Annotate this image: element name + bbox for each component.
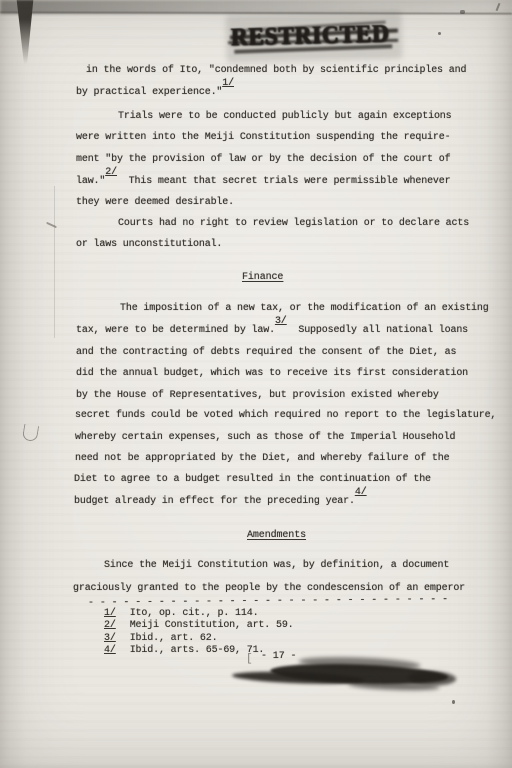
restricted-stamp: RESTRICTED (227, 13, 400, 61)
footnote-line: 1/Ito, op. cit., p. 114. (104, 608, 258, 620)
footnote-marker: 4/ (104, 645, 116, 656)
body-line: were written into the Meiji Constitution… (76, 131, 450, 144)
footnote-ref: 1/ (222, 78, 234, 89)
body-line: by practical experience."1/ (76, 86, 234, 99)
body-text: or laws unconstitutional. (76, 239, 222, 250)
footnote-marker: 3/ (104, 633, 116, 644)
footnote-line: 2/Meiji Constitution, art. 59. (104, 620, 294, 632)
footnote-text: Ito, op. cit., p. 114. (130, 608, 259, 619)
body-line: ment "by the provision of law or by the … (76, 153, 450, 166)
body-line: need not be appropriated by the Diet, an… (75, 452, 449, 465)
section-heading-finance: Finance (242, 271, 283, 284)
body-text: and the contracting of debts required th… (76, 347, 456, 358)
footnote-separator: - - - - - - - - - - - - - - - - - - - - … (88, 594, 448, 608)
body-line: secret funds could be voted which requir… (75, 409, 496, 422)
body-text: Diet to agree to a budget resulted in th… (74, 474, 431, 485)
body-text: tax, were to be determined by law. (76, 325, 275, 336)
body-line: The imposition of a new tax, or the modi… (120, 302, 489, 315)
body-text: in the words of Ito, "condemned both by … (86, 65, 466, 76)
body-line: Trials were to be conducted publicly but… (118, 110, 452, 123)
body-text: budget already in effect for the precedi… (74, 496, 355, 507)
body-line: Courts had no right to review legislatio… (118, 217, 469, 230)
body-text: Since the Meiji Constitution was, by def… (104, 560, 449, 571)
footnote-ref: 3/ (275, 316, 287, 327)
footnote-ref: 2/ (105, 167, 117, 178)
body-text: Supposedly all national loans (287, 325, 468, 336)
footnote-ref: 4/ (355, 487, 367, 498)
body-line: budget already in effect for the precedi… (74, 495, 367, 508)
body-text: by practical experience." (76, 87, 222, 98)
body-line: Since the Meiji Constitution was, by def… (104, 559, 449, 572)
footnote-text: Ibid., art. 62. (130, 633, 218, 644)
body-line: they were deemed desirable. (76, 196, 234, 209)
body-text: graciously granted to the people by the … (73, 583, 465, 594)
body-text: by the House of Representatives, but pro… (76, 390, 439, 401)
body-line: by the House of Representatives, but pro… (76, 389, 439, 402)
obliterated-stamp (229, 652, 459, 708)
section-heading-amendments: Amendments (247, 529, 306, 542)
scan-artifact-fold-line (54, 186, 55, 338)
footnote-line: 3/Ibid., art. 62. (104, 633, 217, 645)
body-text: were written into the Meiji Constitution… (76, 132, 450, 143)
body-line: and the contracting of debts required th… (76, 346, 456, 359)
body-text: The imposition of a new tax, or the modi… (120, 303, 489, 314)
body-text: law." (76, 176, 105, 187)
body-line: in the words of Ito, "condemned both by … (86, 64, 466, 77)
pencil-mark-dash (46, 222, 57, 228)
scan-artifact-dot (438, 32, 441, 35)
scanned-document-page: RESTRICTED in the words of Ito, "condemn… (0, 0, 512, 768)
footnote-text: Meiji Constitution, art. 59. (130, 620, 294, 631)
body-text: Trials were to be conducted publicly but… (118, 111, 452, 122)
body-line: whereby certain expenses, such as those … (75, 431, 455, 444)
body-line: Diet to agree to a budget resulted in th… (74, 473, 431, 486)
body-line: or laws unconstitutional. (76, 238, 222, 251)
body-text: secret funds could be voted which requir… (75, 410, 496, 421)
body-line: law."2/ This meant that secret trials we… (76, 175, 450, 188)
pencil-mark-check (22, 424, 39, 442)
body-text: did the annual budget, which was to rece… (76, 368, 468, 379)
body-text: This meant that secret trials were permi… (117, 176, 451, 187)
body-line: did the annual budget, which was to rece… (76, 367, 468, 380)
body-line: graciously granted to the people by the … (73, 582, 465, 595)
body-line: tax, were to be determined by law.3/ Sup… (76, 324, 468, 337)
body-text: they were deemed desirable. (76, 197, 234, 208)
footnote-marker: 1/ (104, 608, 116, 619)
body-text: whereby certain expenses, such as those … (75, 432, 455, 443)
body-text: need not be appropriated by the Diet, an… (75, 453, 449, 464)
scan-artifact-blip (460, 10, 465, 14)
footnote-marker: 2/ (104, 620, 116, 631)
body-text: ment "by the provision of law or by the … (76, 154, 450, 165)
body-text: Courts had no right to review legislatio… (118, 218, 469, 229)
